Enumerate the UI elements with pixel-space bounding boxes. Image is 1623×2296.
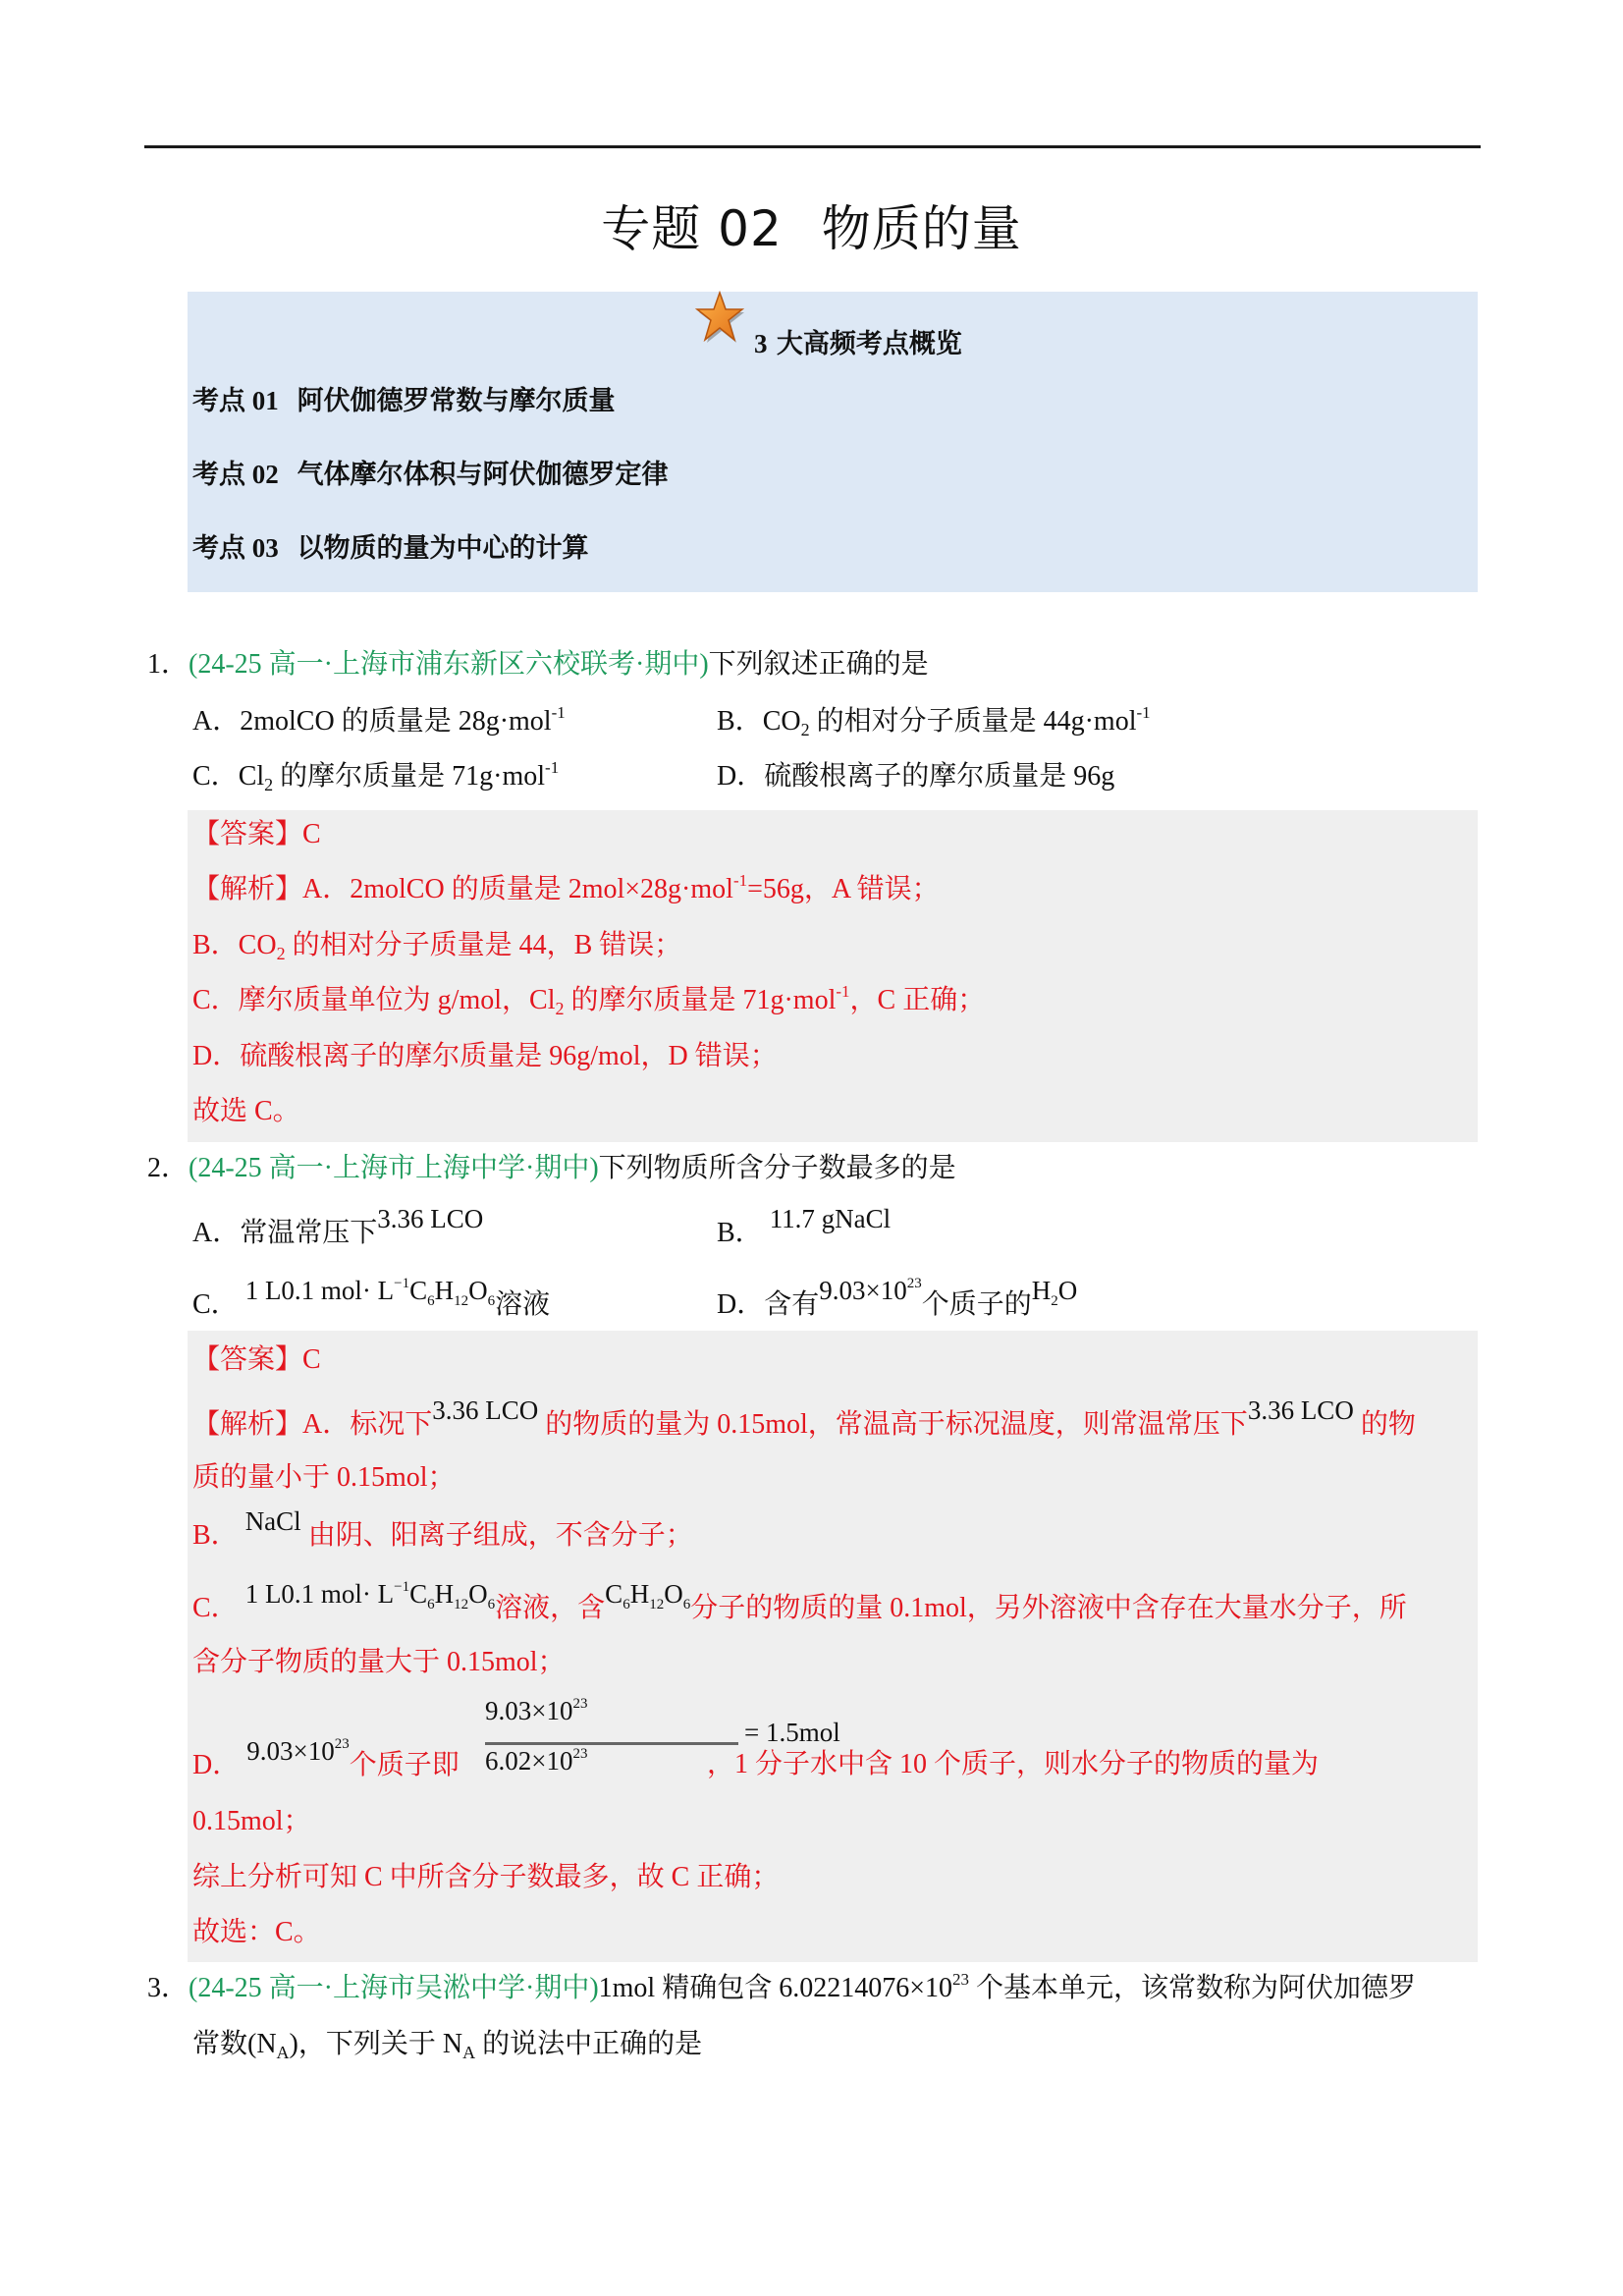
topic-item: 考点 01 阿伏伽德罗常数与摩尔质量: [192, 379, 616, 417]
analysis-line: B．CO2 的相对分子质量是 44，B 错误；: [192, 926, 681, 965]
answer-line: 【答案】C: [192, 1340, 321, 1380]
analysis-line: 质的量小于 0.15mol；: [192, 1458, 456, 1498]
analysis-summary: 综上分析可知 C 中所含分子数最多，故 C 正确；: [192, 1858, 779, 1897]
star-icon: [695, 291, 744, 344]
question-source: (24-25 高一·上海市吴淞中学·期中): [189, 1973, 599, 2003]
question-3-stem: 3．(24-25 高一·上海市吴淞中学·期中)1mol 精确包含 6.02214…: [147, 1969, 1416, 2008]
title-main: 物质的量: [822, 200, 1022, 257]
answer-box-1: [188, 810, 1478, 1142]
analysis-line: ，1 分子水中含 10 个质子，则水分子的物质的量为: [707, 1745, 1319, 1784]
option-b: B．CO2 的相对分子质量是 44g·mol-1: [717, 702, 1151, 741]
analysis-line: D． 9.03×1023个质子即: [192, 1745, 460, 1785]
analysis-line: 【解析】A．标况下3.36 LCO 的物质的量为 0.15mol，常温高于标况温…: [192, 1404, 1416, 1445]
page-title: 专题 02物质的量: [0, 196, 1623, 261]
analysis-line: D．硫酸根离子的摩尔质量是 96g/mol，D 错误；: [192, 1037, 778, 1076]
option-b: B． 11.7 gNaCl: [717, 1213, 891, 1253]
answer-line: 【答案】C: [192, 815, 321, 854]
question-3-stem-cont: 常数(NA)，下列关于 NA 的说法中正确的是: [192, 2025, 702, 2064]
option-a: A．2molCO 的质量是 28g·mol-1: [192, 702, 566, 741]
title-prefix: 专题 02: [601, 200, 783, 257]
option-a: A．常温常压下3.36 LCO: [192, 1213, 483, 1253]
analysis-line: 含分子物质的量大于 0.15mol；: [192, 1643, 566, 1682]
question-1-stem: 1．(24-25 高一·上海市浦东新区六校联考·期中)下列叙述正确的是: [147, 645, 929, 684]
analysis-line: C． 1 L0.1 mol· L−1C6H12O6溶液，含C6H12O6分子的物…: [192, 1588, 1407, 1628]
analysis-conclusion: 故选：C。: [192, 1913, 321, 1952]
analysis-conclusion: 故选 C。: [192, 1092, 300, 1131]
analysis-line: 0.15mol；: [192, 1802, 311, 1841]
option-c: C． 1 L0.1 mol· L−1C6H12O6溶液: [192, 1285, 550, 1325]
question-2-stem: 2．(24-25 高一·上海市上海中学·期中)下列物质所含分子数最多的是: [147, 1149, 956, 1188]
analysis-line: 【解析】A．2molCO 的质量是 2mol×28g·mol-1=56g，A 错…: [192, 870, 940, 909]
header-rule: [144, 145, 1481, 148]
topic-item: 考点 02 气体摩尔体积与阿伏伽德罗定律: [192, 453, 669, 491]
question-source: (24-25 高一·上海市浦东新区六校联考·期中): [189, 649, 709, 680]
question-source: (24-25 高一·上海市上海中学·期中): [189, 1153, 599, 1183]
analysis-line: B． NaCl 由阴、阳离子组成，不含分子；: [192, 1515, 693, 1556]
topic-item: 考点 03 以物质的量为中心的计算: [192, 526, 589, 565]
option-c: C．Cl2 的摩尔质量是 71g·mol-1: [192, 757, 559, 796]
option-d: D．含有9.03×1023个质子的H2O: [717, 1285, 1077, 1325]
option-d: D．硫酸根离子的摩尔质量是 96g: [717, 757, 1114, 796]
analysis-line: C．摩尔质量单位为 g/mol，Cl2 的摩尔质量是 71g·mol-1，C 正…: [192, 981, 985, 1020]
overview-heading: 3 大高频考点概览: [754, 322, 962, 360]
